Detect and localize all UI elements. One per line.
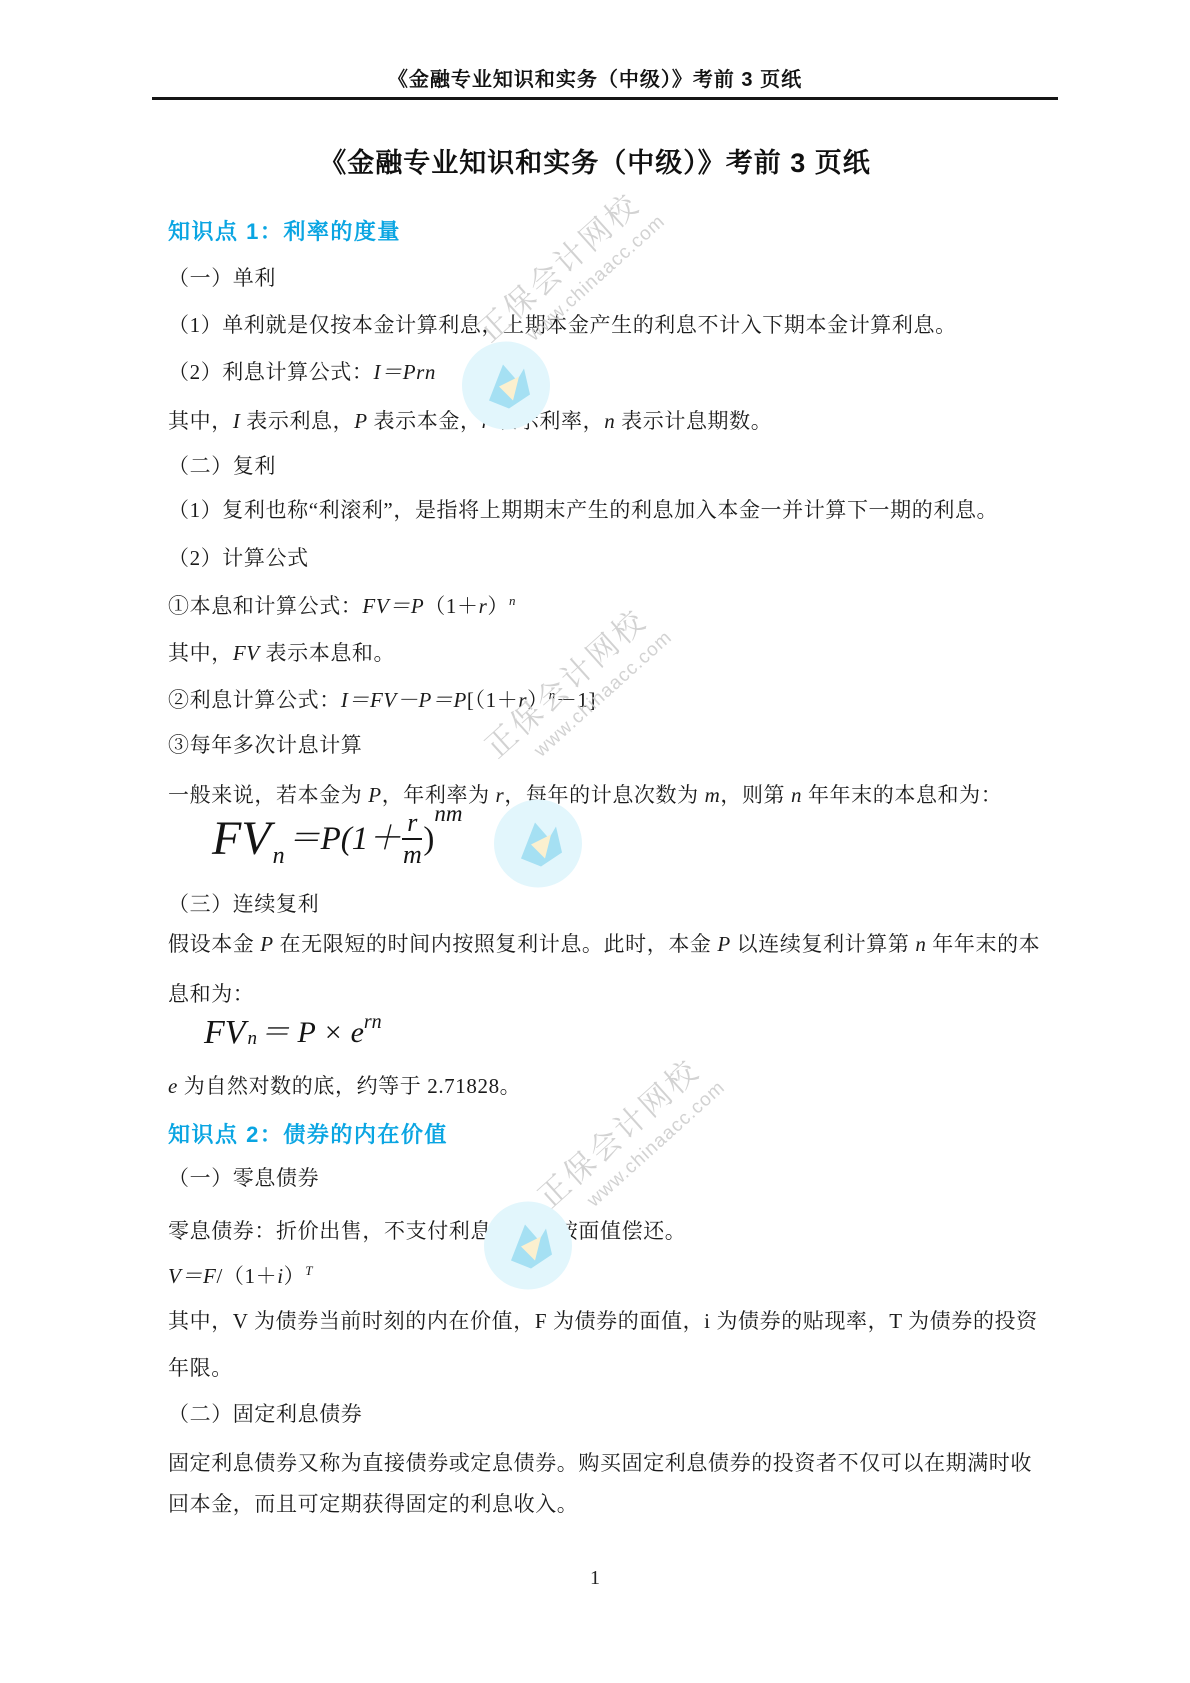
page-number: 1	[0, 1567, 1190, 1590]
text-line: （二）复利	[168, 450, 276, 480]
text-line: 回本金，而且可定期获得固定的利息收入。	[168, 1488, 578, 1518]
text-line: 一般来说，若本金为 P，年利率为 r，每年的计息次数为 m，则第 n 年年末的本…	[168, 779, 1002, 809]
text-line: 年限。	[168, 1352, 233, 1382]
formula-annual-multi-compounding: FVn＝P(1＋rm)nm	[212, 810, 463, 868]
text-line: （1）单利就是仅按本金计算利息，上期本金产生的利息不计入下期本金计算利息。	[168, 309, 957, 339]
text-line: （三）连续复利	[168, 888, 319, 918]
text-line: （二）固定利息债券	[168, 1398, 362, 1428]
text-line: 固定利息债券又称为直接债券或定息债券。购买固定利息债券的投资者不仅可以在期满时收	[168, 1447, 1032, 1477]
text-line: V＝F/（1＋i）T	[168, 1260, 313, 1290]
text-line: ③每年多次计息计算	[168, 729, 362, 759]
text-line: 息和为：	[168, 978, 254, 1008]
section-heading: 知识点 1：利率的度量	[168, 215, 401, 246]
text-line: （2）计算公式	[168, 542, 309, 572]
document-page: { "page": { "header_title": "《金融专业知识和实务（…	[0, 0, 1190, 1683]
text-line: ①本息和计算公式：FV＝P（1＋r）n	[168, 590, 516, 620]
formula-continuous-compounding: FVn ＝ P × ern	[204, 1016, 382, 1050]
text-line: （2）利息计算公式：I＝Prn	[168, 356, 436, 386]
document-body: 知识点 1：利率的度量（一）单利（1）单利就是仅按本金计算利息，上期本金产生的利…	[168, 0, 1038, 1683]
text-line: e 为自然对数的底，约等于 2.71828。	[168, 1070, 521, 1100]
text-line: （一）零息债券	[168, 1162, 319, 1192]
text-line: 其中，I 表示利息，P 表示本金，r 表示利率，n 表示计息期数。	[168, 405, 772, 435]
text-line: （1）复利也称“利滚利”，是指将上期期末产生的利息加入本金一并计算下一期的利息。	[168, 494, 998, 524]
text-line: （一）单利	[168, 262, 276, 292]
text-line: 零息债券：折价出售，不支付利息，到期按面值偿还。	[168, 1215, 686, 1245]
text-line: 假设本金 P 在无限短的时间内按照复利计息。此时，本金 P 以连续复利计算第 n…	[168, 928, 1040, 958]
text-line: 其中，FV 表示本息和。	[168, 637, 395, 667]
text-line: ②利息计算公式：I＝FV－P＝P[（1＋r）n－1]	[168, 684, 596, 714]
text-line: 其中，V 为债券当前时刻的内在价值，F 为债券的面值，i 为债券的贴现率，T 为…	[168, 1305, 1038, 1335]
section-heading: 知识点 2：债券的内在价值	[168, 1118, 448, 1149]
